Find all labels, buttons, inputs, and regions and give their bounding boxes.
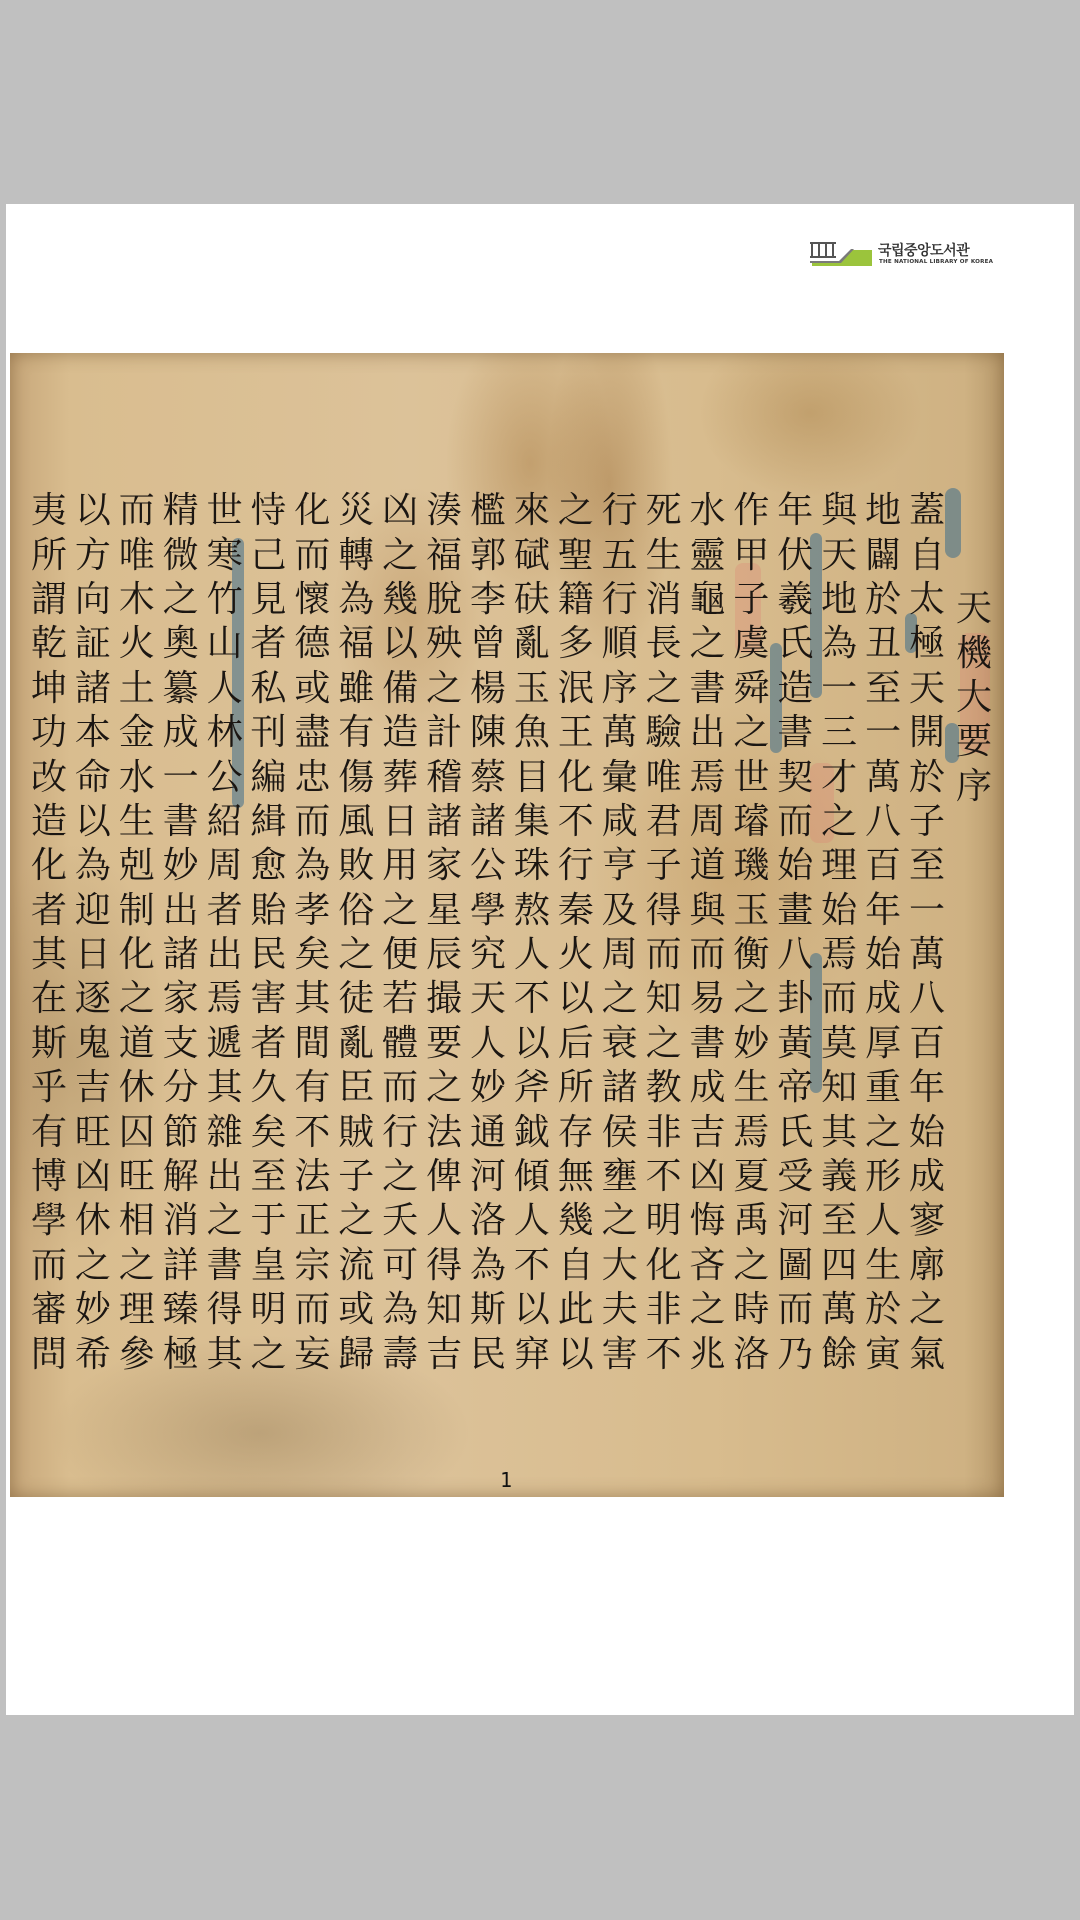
text-character: 蓋	[905, 489, 949, 533]
text-character: 地	[861, 489, 905, 533]
text-character: 命	[71, 755, 115, 799]
text-character: 來	[510, 489, 554, 533]
text-character: 侯	[598, 1110, 642, 1154]
text-character: 水	[686, 489, 730, 533]
text-character: 而	[115, 489, 159, 533]
text-character: 之	[729, 977, 773, 1021]
text-character: 至	[817, 1199, 861, 1243]
title-character: 大	[952, 676, 996, 720]
text-character: 編	[247, 755, 291, 799]
text-character: 者	[27, 889, 71, 933]
text-character: 愈	[247, 844, 291, 888]
text-character: 之	[422, 1066, 466, 1110]
text-character: 之	[861, 1110, 905, 1154]
text-character: 其	[290, 977, 334, 1021]
text-character: 而	[817, 977, 861, 1021]
text-character: 雖	[334, 667, 378, 711]
text-character: 乃	[773, 1332, 817, 1376]
text-character: 公	[203, 755, 247, 799]
text-character: 賊	[334, 1110, 378, 1154]
text-character: 其	[203, 1332, 247, 1376]
text-character: 凶	[71, 1155, 115, 1199]
text-character: 可	[378, 1244, 422, 1288]
text-character: 而	[773, 800, 817, 844]
text-character: 貽	[247, 889, 291, 933]
text-character: 殃	[422, 622, 466, 666]
text-character: 廓	[905, 1244, 949, 1288]
logo-korean-name: 국립중앙도서관	[878, 240, 969, 260]
text-character: 人	[510, 1199, 554, 1243]
text-character: 龜	[686, 578, 730, 622]
text-character: 福	[422, 533, 466, 577]
text-character: 君	[642, 800, 686, 844]
text-character: 舜	[729, 667, 773, 711]
text-character: 天	[466, 977, 510, 1021]
text-character: 卦	[773, 977, 817, 1021]
text-character: 世	[203, 489, 247, 533]
text-character: 斯	[466, 1288, 510, 1332]
text-character: 學	[27, 1199, 71, 1243]
text-character: 帝	[773, 1066, 817, 1110]
text-character: 於	[861, 1288, 905, 1332]
text-character: 造	[773, 667, 817, 711]
text-character: 河	[466, 1155, 510, 1199]
text-character: 便	[378, 933, 422, 977]
text-column: 湊福脫殃之計稽諸家星辰撮要之法俾人得知吉	[422, 489, 466, 1377]
text-character: 支	[159, 1022, 203, 1066]
text-character: 之	[642, 667, 686, 711]
text-character: 斯	[27, 1022, 71, 1066]
text-character: 亂	[510, 622, 554, 666]
text-character: 參	[115, 1332, 159, 1376]
text-character: 死	[642, 489, 686, 533]
text-character: 臻	[159, 1288, 203, 1332]
text-character: 乎	[27, 1066, 71, 1110]
text-character: 之	[686, 622, 730, 666]
text-character: 唯	[115, 533, 159, 577]
text-character: 形	[861, 1155, 905, 1199]
text-character: 家	[159, 977, 203, 1021]
text-character: 百	[861, 844, 905, 888]
text-character: 乾	[27, 622, 71, 666]
text-character: 以	[554, 1332, 598, 1376]
text-character: 而	[686, 933, 730, 977]
text-character: 吉	[422, 1332, 466, 1376]
text-character: 自	[905, 533, 949, 577]
text-character: 郭	[466, 533, 510, 577]
text-character: 道	[686, 844, 730, 888]
text-character: 要	[422, 1022, 466, 1066]
text-column: 年伏羲氏造書契而始畫八卦黃帝氏受河圖而乃	[773, 489, 817, 1377]
text-character: 其	[203, 1066, 247, 1110]
text-character: 寅	[861, 1332, 905, 1376]
text-character: 穽	[510, 1332, 554, 1376]
text-character: 行	[598, 578, 642, 622]
text-character: 妙	[466, 1066, 510, 1110]
text-character: 或	[334, 1288, 378, 1332]
text-character: 星	[422, 889, 466, 933]
text-character: 圖	[773, 1244, 817, 1288]
text-character: 及	[598, 889, 642, 933]
text-character: 風	[334, 800, 378, 844]
text-character: 為	[290, 844, 334, 888]
text-character: 謂	[27, 578, 71, 622]
text-character: 受	[773, 1155, 817, 1199]
text-character: 泯	[554, 667, 598, 711]
text-column: 凶之幾以備造葬日用之便若體而行之夭可為壽	[378, 489, 422, 1377]
text-character: 林	[203, 711, 247, 755]
text-character: 己	[247, 533, 291, 577]
text-character: 人	[861, 1199, 905, 1243]
text-column: 災轉為福雖有傷風敗俗之徒亂臣賊子之流或歸	[334, 489, 378, 1377]
text-character: 成	[686, 1066, 730, 1110]
text-character: 吝	[686, 1244, 730, 1288]
text-character: 得	[642, 889, 686, 933]
text-character: 熬	[510, 889, 554, 933]
text-character: 夷	[27, 489, 71, 533]
text-character: 明	[642, 1199, 686, 1243]
text-character: 間	[290, 1022, 334, 1066]
text-character: 而	[290, 1288, 334, 1332]
text-character: 為	[466, 1244, 510, 1288]
text-character: 休	[115, 1066, 159, 1110]
text-character: 刊	[247, 711, 291, 755]
text-character: 人	[422, 1199, 466, 1243]
text-character: 為	[817, 622, 861, 666]
text-character: 地	[817, 578, 861, 622]
text-character: 紹	[203, 800, 247, 844]
text-character: 水	[115, 755, 159, 799]
text-character: 幾	[378, 578, 422, 622]
text-character: 私	[247, 667, 291, 711]
text-character: 于	[247, 1199, 291, 1243]
text-character: 所	[554, 1066, 598, 1110]
text-character: 焉	[686, 755, 730, 799]
text-character: 五	[598, 533, 642, 577]
text-character: 順	[598, 622, 642, 666]
text-character: 珠	[510, 844, 554, 888]
text-character: 羲	[773, 578, 817, 622]
text-character: 極	[159, 1332, 203, 1376]
text-character: 逐	[71, 977, 115, 1021]
text-character: 於	[905, 755, 949, 799]
text-character: 之	[817, 800, 861, 844]
text-character: 之	[905, 1288, 949, 1332]
text-character: 易	[686, 977, 730, 1021]
text-character: 旺	[71, 1110, 115, 1154]
text-character: 金	[115, 711, 159, 755]
text-column: 夷所謂乾坤功改造化者其在斯乎有博學而審問	[27, 489, 71, 1377]
text-character: 消	[642, 578, 686, 622]
text-character: 害	[247, 977, 291, 1021]
text-character: 旺	[115, 1155, 159, 1199]
title-column: 天機大要序	[952, 587, 996, 809]
text-character: 書	[203, 1244, 247, 1288]
text-character: 集	[510, 800, 554, 844]
text-character: 不	[642, 1332, 686, 1376]
text-character: 鬼	[71, 1022, 115, 1066]
text-character: 壽	[378, 1332, 422, 1376]
text-column: 檻郭李曾楊陳蔡諸公學究天人妙通河洛為斯民	[466, 489, 510, 1377]
text-character: 檻	[466, 489, 510, 533]
text-character: 公	[466, 844, 510, 888]
text-character: 之	[378, 1155, 422, 1199]
text-character: 矣	[247, 1110, 291, 1154]
text-character: 俗	[334, 889, 378, 933]
text-character: 相	[115, 1199, 159, 1243]
text-character: 徒	[334, 977, 378, 1021]
text-character: 夭	[378, 1199, 422, 1243]
text-character: 諸	[71, 667, 115, 711]
text-character: 德	[290, 622, 334, 666]
text-character: 之	[378, 533, 422, 577]
text-character: 知	[642, 977, 686, 1021]
text-character: 周	[598, 933, 642, 977]
text-character: 寥	[905, 1199, 949, 1243]
text-character: 敗	[334, 844, 378, 888]
text-character: 審	[27, 1288, 71, 1332]
text-character: 洛	[466, 1199, 510, 1243]
text-character: 博	[27, 1155, 71, 1199]
text-character: 魚	[510, 711, 554, 755]
text-column: 水靈龜之書出焉周道與而易書成吉凶悔吝之兆	[686, 489, 730, 1377]
text-character: 至	[247, 1155, 291, 1199]
text-character: 彙	[598, 755, 642, 799]
text-character: 玉	[510, 667, 554, 711]
text-character: 陳	[466, 711, 510, 755]
text-character: 消	[159, 1199, 203, 1243]
text-character: 世	[729, 755, 773, 799]
text-character: 無	[554, 1155, 598, 1199]
text-character: 諸	[422, 800, 466, 844]
text-character: 周	[203, 844, 247, 888]
text-character: 甲	[729, 533, 773, 577]
text-character: 節	[159, 1110, 203, 1154]
text-character: 在	[27, 977, 71, 1021]
text-character: 化	[554, 755, 598, 799]
text-character: 曾	[466, 622, 510, 666]
text-character: 分	[159, 1066, 203, 1110]
text-character: 學	[466, 889, 510, 933]
text-character: 矣	[290, 933, 334, 977]
text-character: 一	[159, 755, 203, 799]
text-character: 希	[71, 1332, 115, 1376]
text-character: 萬	[817, 1288, 861, 1332]
text-character: 雜	[203, 1110, 247, 1154]
document-viewer: 국립중앙도서관 THE NATIONAL LIBRARY OF KOREA 天機…	[0, 0, 1080, 1920]
text-character: 稽	[422, 755, 466, 799]
text-character: 亂	[334, 1022, 378, 1066]
manuscript-scan: 天機大要序 蓋自太極天開於子至一萬八百年始成寥廓之氣地闢於丑至一萬八百年始成厚重…	[10, 353, 1004, 1497]
text-character: 成	[905, 1155, 949, 1199]
text-character: 厚	[861, 1022, 905, 1066]
text-character: 斧	[510, 1066, 554, 1110]
text-character: 年	[773, 489, 817, 533]
text-character: 壅	[598, 1155, 642, 1199]
text-character: 才	[817, 755, 861, 799]
text-character: 始	[905, 1110, 949, 1154]
text-character: 休	[71, 1199, 115, 1243]
text-character: 囚	[115, 1110, 159, 1154]
text-character: 以	[510, 1022, 554, 1066]
text-character: 璣	[729, 844, 773, 888]
text-character: 始	[817, 889, 861, 933]
text-character: 精	[159, 489, 203, 533]
text-character: 存	[554, 1110, 598, 1154]
text-character: 造	[27, 800, 71, 844]
text-character: 生	[861, 1244, 905, 1288]
text-character: 解	[159, 1155, 203, 1199]
text-character: 迎	[71, 889, 115, 933]
text-character: 法	[422, 1110, 466, 1154]
text-character: 山	[203, 622, 247, 666]
library-building-icon	[802, 240, 872, 268]
text-character: 之	[115, 977, 159, 1021]
text-character: 奧	[159, 622, 203, 666]
text-character: 成	[159, 711, 203, 755]
text-character: 湊	[422, 489, 466, 533]
text-character: 書	[159, 800, 203, 844]
text-character: 其	[27, 933, 71, 977]
text-character: 一	[861, 711, 905, 755]
text-character: 焉	[817, 933, 861, 977]
text-character: 諸	[466, 800, 510, 844]
text-character: 焉	[203, 977, 247, 1021]
text-character: 一	[817, 667, 861, 711]
text-character: 不	[290, 1110, 334, 1154]
text-character: 李	[466, 578, 510, 622]
text-column: 作甲子虞舜之世璿璣玉衡之妙生焉夏禹之時洛	[729, 489, 773, 1377]
text-character: 知	[422, 1288, 466, 1332]
text-character: 年	[905, 1066, 949, 1110]
text-character: 之	[554, 489, 598, 533]
text-character: 出	[203, 933, 247, 977]
text-character: 衰	[598, 1022, 642, 1066]
text-character: 氣	[905, 1332, 949, 1376]
text-character: 脫	[422, 578, 466, 622]
text-character: 妄	[290, 1332, 334, 1376]
text-character: 序	[598, 667, 642, 711]
text-character: 長	[642, 622, 686, 666]
text-character: 見	[247, 578, 291, 622]
text-character: 而	[642, 933, 686, 977]
text-character: 成	[861, 977, 905, 1021]
text-character: 璿	[729, 800, 773, 844]
text-character: 竹	[203, 578, 247, 622]
text-character: 太	[905, 578, 949, 622]
text-character: 吉	[686, 1110, 730, 1154]
text-character: 之	[598, 977, 642, 1021]
text-character: 萬	[861, 755, 905, 799]
text-character: 虞	[729, 622, 773, 666]
text-character: 兆	[686, 1332, 730, 1376]
text-character: 萬	[905, 933, 949, 977]
text-character: 與	[686, 889, 730, 933]
text-character: 者	[247, 622, 291, 666]
text-character: 坤	[27, 667, 71, 711]
text-character: 至	[861, 667, 905, 711]
text-character: 化	[27, 844, 71, 888]
text-character: 人	[510, 933, 554, 977]
text-character: 百	[905, 1022, 949, 1066]
text-character: 妙	[159, 844, 203, 888]
text-character: 傾	[510, 1155, 554, 1199]
text-character: 后	[554, 1022, 598, 1066]
text-character: 焉	[729, 1110, 773, 1154]
text-character: 計	[422, 711, 466, 755]
text-character: 契	[773, 755, 817, 799]
text-character: 八	[905, 977, 949, 1021]
text-character: 理	[115, 1288, 159, 1332]
text-character: 化	[642, 1244, 686, 1288]
text-character: 流	[334, 1244, 378, 1288]
text-character: 行	[554, 844, 598, 888]
text-character: 出	[159, 889, 203, 933]
text-column: 地闢於丑至一萬八百年始成厚重之形人生於寅	[861, 489, 905, 1377]
text-character: 木	[115, 578, 159, 622]
text-character: 子	[905, 800, 949, 844]
text-character: 化	[115, 933, 159, 977]
text-character: 極	[905, 622, 949, 666]
text-character: 剋	[115, 844, 159, 888]
text-character: 之	[729, 1244, 773, 1288]
text-character: 砆	[510, 578, 554, 622]
text-character: 道	[115, 1022, 159, 1066]
text-character: 為	[334, 578, 378, 622]
text-character: 夏	[729, 1155, 773, 1199]
text-character: 玉	[729, 889, 773, 933]
text-character: 以	[71, 800, 115, 844]
text-character: 書	[686, 667, 730, 711]
text-character: 俾	[422, 1155, 466, 1199]
text-character: 以	[510, 1288, 554, 1332]
text-character: 民	[247, 933, 291, 977]
text-character: 者	[247, 1022, 291, 1066]
text-character: 知	[817, 1066, 861, 1110]
text-character: 出	[203, 1155, 247, 1199]
text-column: 蓋自太極天開於子至一萬八百年始成寥廓之氣	[905, 489, 949, 1377]
text-character: 靈	[686, 533, 730, 577]
text-character: 於	[861, 578, 905, 622]
text-character: 闢	[861, 533, 905, 577]
text-character: 碔	[510, 533, 554, 577]
text-character: 年	[861, 889, 905, 933]
text-character: 傷	[334, 755, 378, 799]
text-character: 所	[27, 533, 71, 577]
text-character: 纂	[159, 667, 203, 711]
text-character: 之	[598, 1199, 642, 1243]
text-character: 久	[247, 1066, 291, 1110]
text-character: 用	[378, 844, 422, 888]
text-character: 妙	[71, 1288, 115, 1332]
document-page: 국립중앙도서관 THE NATIONAL LIBRARY OF KOREA 天機…	[6, 204, 1074, 1715]
text-character: 明	[247, 1288, 291, 1332]
text-character: 作	[729, 489, 773, 533]
text-character: 宗	[290, 1244, 334, 1288]
text-character: 而	[27, 1244, 71, 1288]
text-column: 來碔砆亂玉魚目集珠熬人不以斧鉞傾人不以穽	[510, 489, 554, 1377]
text-character: 與	[817, 489, 861, 533]
text-character: 此	[554, 1288, 598, 1332]
text-character: 微	[159, 533, 203, 577]
text-character: 鉞	[510, 1110, 554, 1154]
text-character: 其	[817, 1110, 861, 1154]
library-logo: 국립중앙도서관 THE NATIONAL LIBRARY OF KOREA	[802, 238, 992, 272]
text-column: 死生消長之驗唯君子得而知之教非不明化非不	[642, 489, 686, 1377]
text-character: 聖	[554, 533, 598, 577]
text-character: 方	[71, 533, 115, 577]
text-character: 以	[378, 622, 422, 666]
